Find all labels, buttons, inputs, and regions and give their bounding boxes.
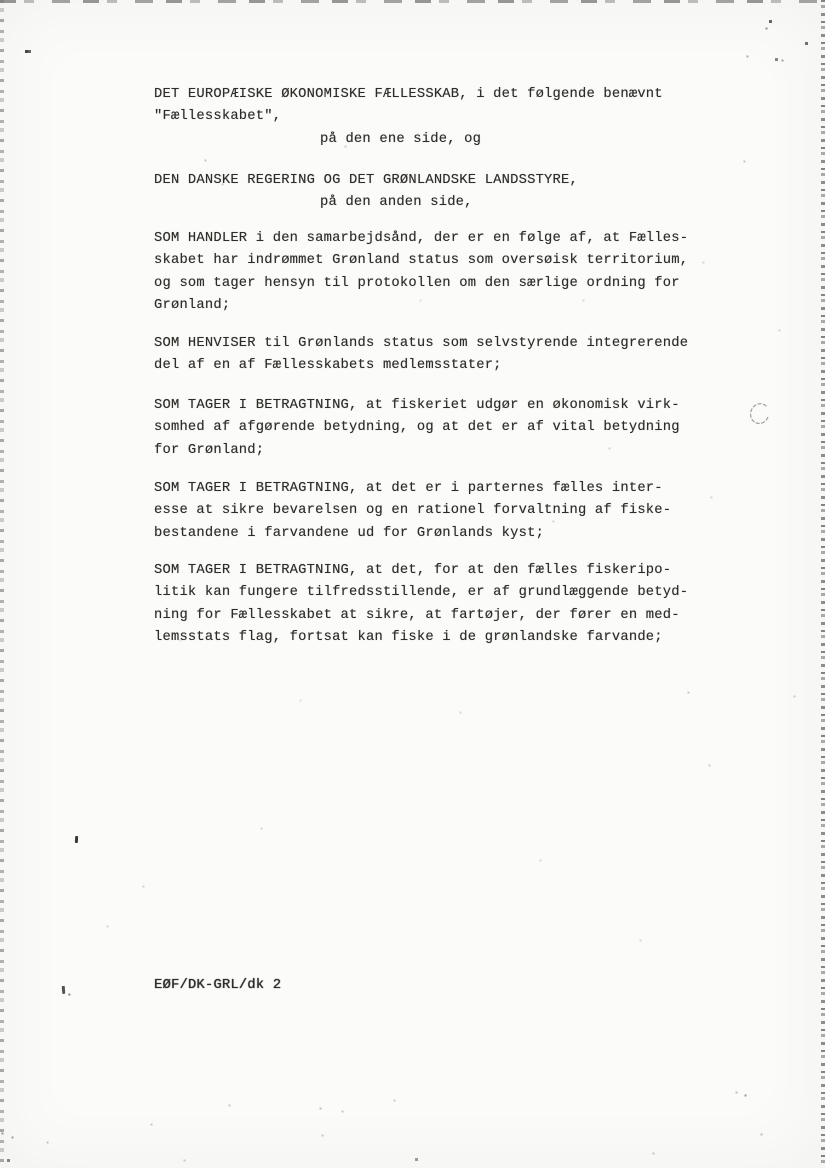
recital-line: SOM TAGER I BETRAGTNING, at det, for at …: [154, 560, 688, 582]
scan-edge-top: [0, 0, 825, 3]
recital-paragraph-5: SOM TAGER I BETRAGTNING, at det, for at …: [154, 560, 688, 650]
scan-edge-right: [821, 0, 825, 1168]
recital-line: SOM TAGER I BETRAGTNING, at fiskeriet ud…: [154, 395, 680, 417]
party-block-community: DET EUROPÆISKE ØKONOMISKE FÆLLESSKAB, i …: [154, 84, 663, 151]
recital-line: del af en af Fællesskabets medlemsstater…: [154, 355, 688, 377]
recital-line: for Grønland;: [154, 440, 680, 462]
doc-reference: EØF/DK-GRL/dk 2: [154, 975, 281, 997]
recital-line: og som tager hensyn til protokollen om d…: [154, 273, 688, 295]
recital-line: esse at sikre bevarelsen og en rationel …: [154, 500, 671, 522]
recital-line: ning for Fællesskabet at sikre, at fartø…: [154, 605, 688, 627]
recital-line: SOM TAGER I BETRAGTNING, at det er i par…: [154, 478, 671, 500]
recital-line: litik kan fungere tilfredsstillende, er …: [154, 582, 688, 604]
recital-line: Grønland;: [154, 295, 688, 317]
scan-noise-layer-dark: [0, 0, 1, 1]
side-designation: på den ene side, og: [320, 129, 663, 151]
party-line: "Fællesskabet",: [154, 106, 663, 128]
recital-paragraph-3: SOM TAGER I BETRAGTNING, at fiskeriet ud…: [154, 395, 680, 462]
party-block-denmark-greenland: DEN DANSKE REGERING OG DET GRØNLANDSKE L…: [154, 170, 578, 215]
party-line: DEN DANSKE REGERING OG DET GRØNLANDSKE L…: [154, 170, 578, 192]
recital-line: SOM HENVISER til Grønlands status som se…: [154, 333, 688, 355]
recital-line: SOM HANDLER i den samarbejdsånd, der er …: [154, 228, 688, 250]
recital-line: lemsstats flag, fortsat kan fiske i de g…: [154, 627, 688, 649]
recital-line: skabet har indrømmet Grønland status som…: [154, 250, 688, 272]
scan-ink-tick-artifact: [75, 836, 78, 843]
recital-line: bestandene i farvandene ud for Grønlands…: [154, 523, 671, 545]
recital-paragraph-1: SOM HANDLER i den samarbejdsånd, der er …: [154, 228, 688, 318]
side-designation: på den anden side,: [320, 192, 578, 214]
scan-ink-comma-artifact: [62, 986, 65, 994]
party-line: DET EUROPÆISKE ØKONOMISKE FÆLLESSKAB, i …: [154, 84, 663, 106]
recital-paragraph-4: SOM TAGER I BETRAGTNING, at det er i par…: [154, 478, 671, 545]
recital-paragraph-2: SOM HENVISER til Grønlands status som se…: [154, 333, 688, 378]
scan-circle-artifact: [748, 400, 772, 428]
scan-edge-left: [0, 0, 4, 1168]
recital-line: somhed af afgørende betydning, og at det…: [154, 417, 680, 439]
scanned-document-page: DET EUROPÆISKE ØKONOMISKE FÆLLESSKAB, i …: [0, 0, 825, 1168]
